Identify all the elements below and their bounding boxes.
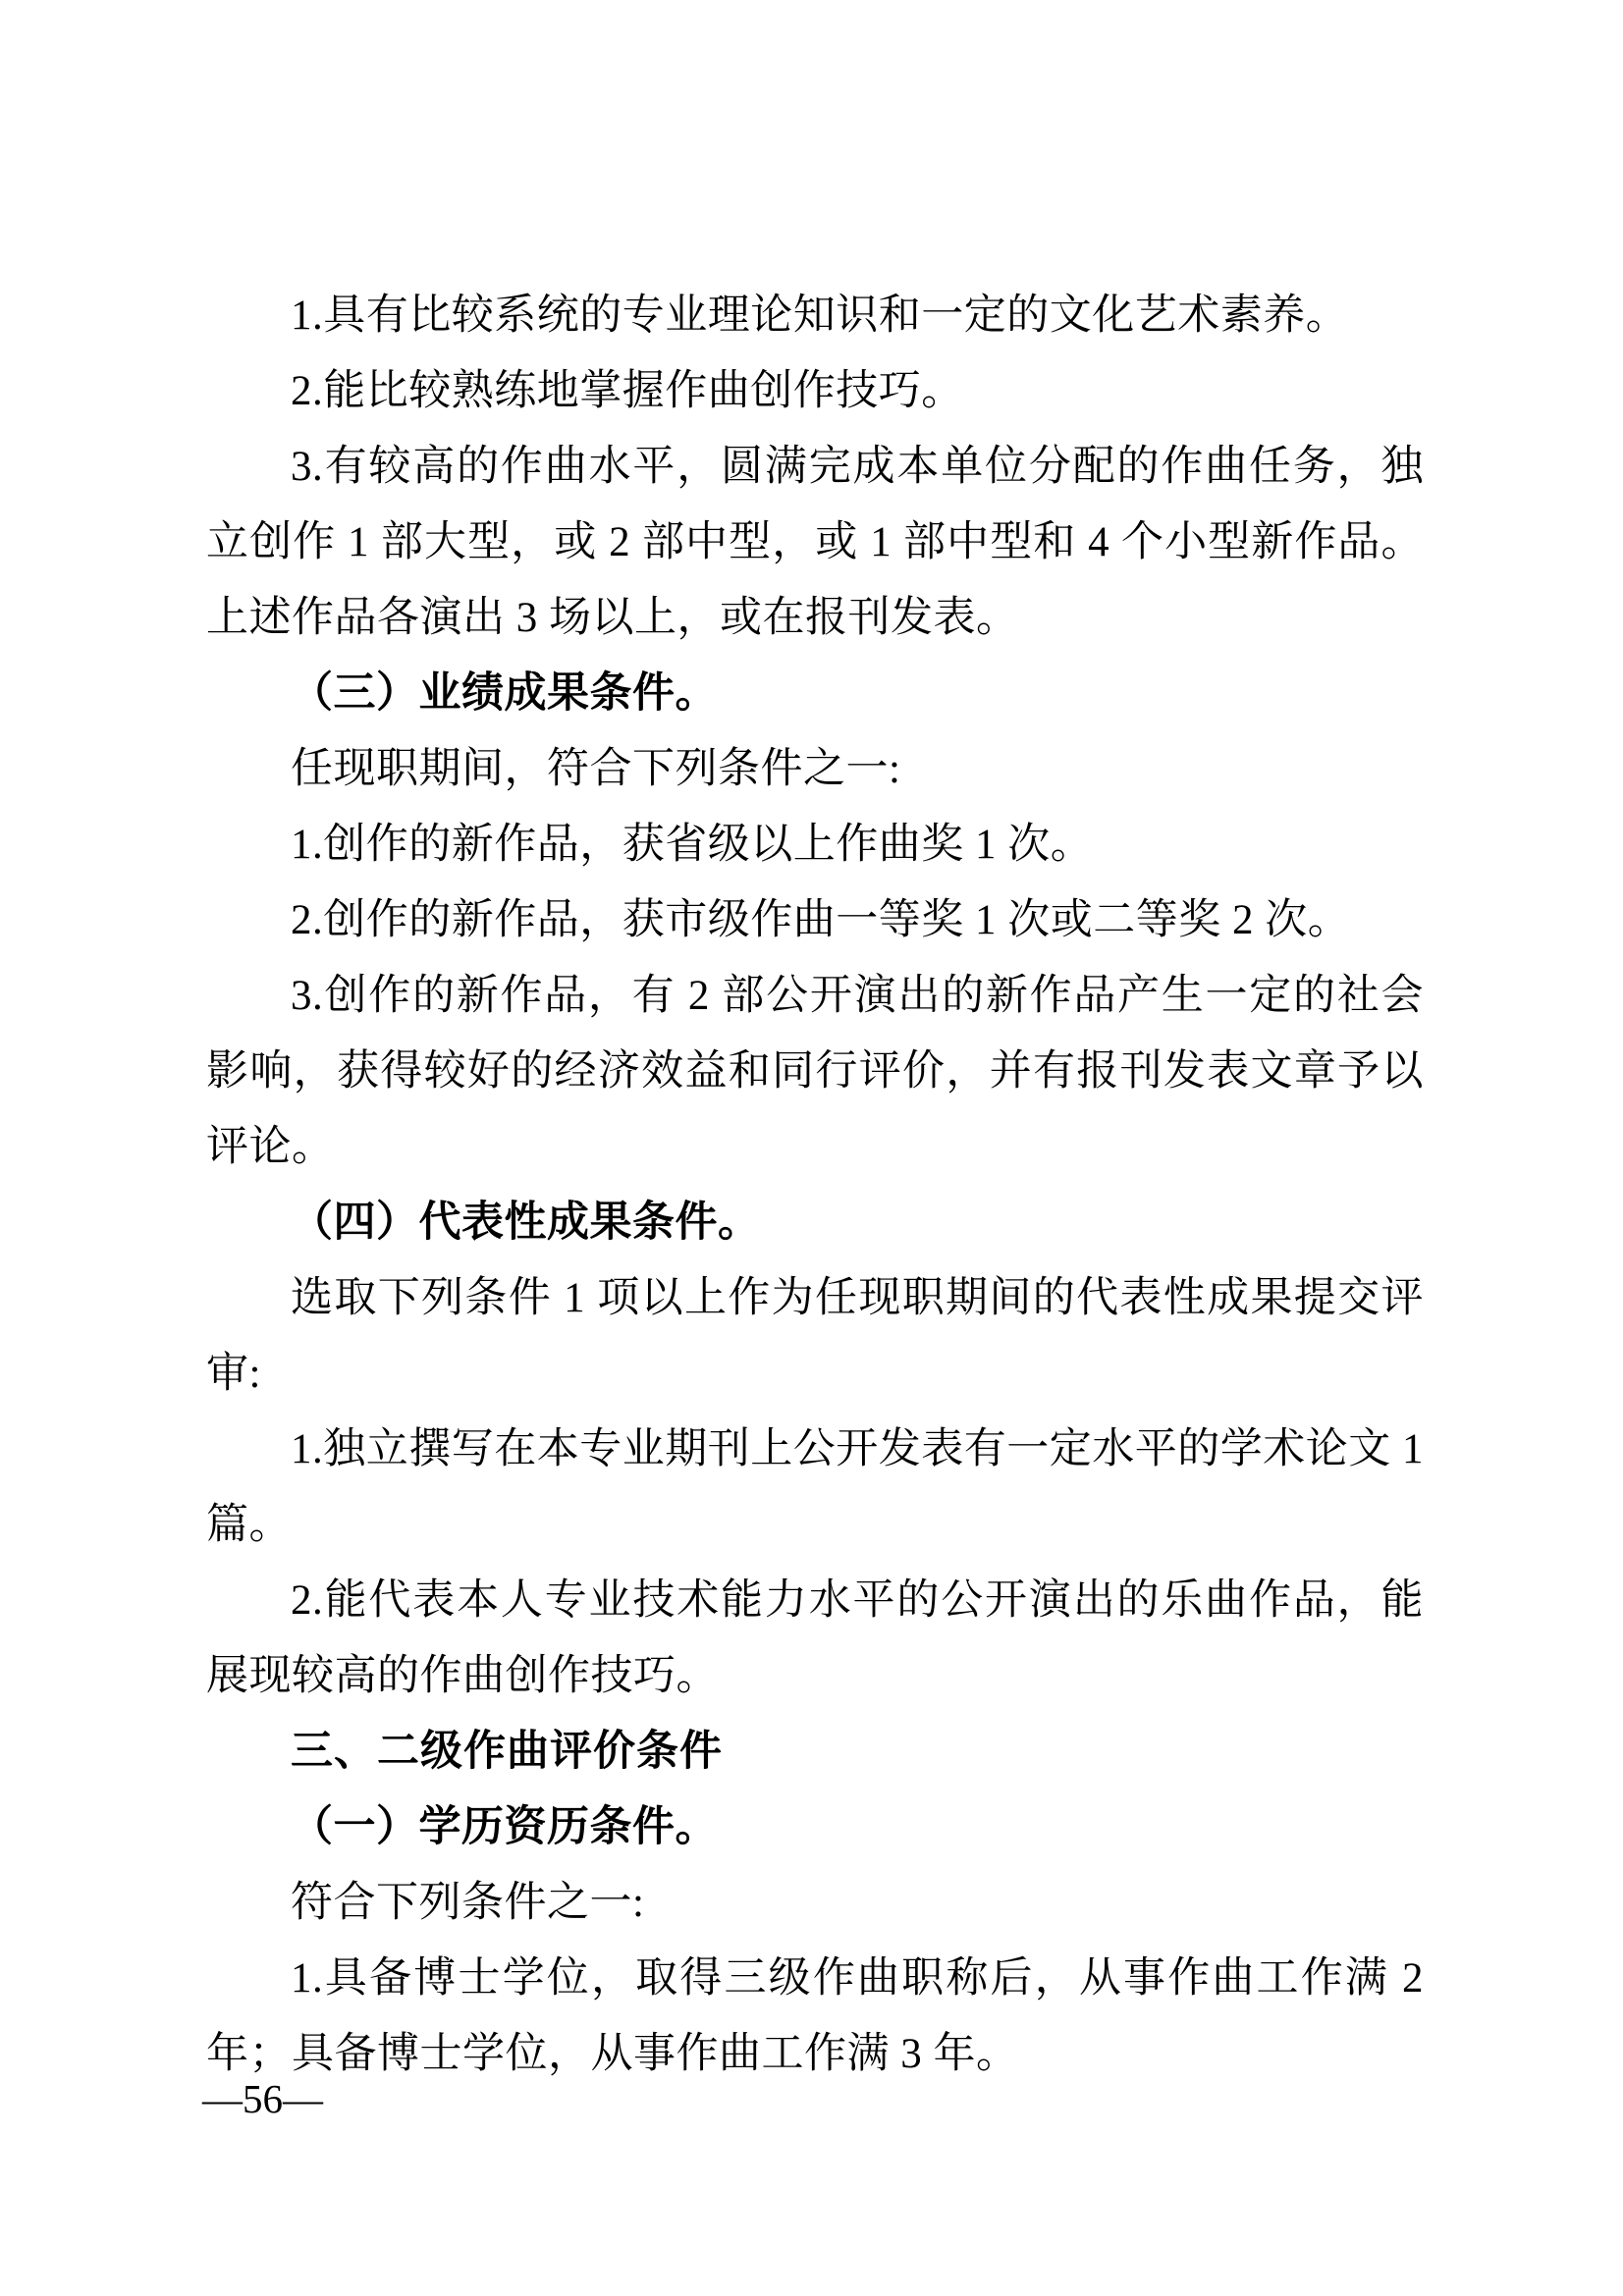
subsection-heading-education-seniority: （一）学历资历条件。 [206,1789,1424,1865]
subsection-heading-performance-results: （三）业绩成果条件。 [206,656,1424,731]
education-item-1: 1.具备博士学位，取得三级作曲职称后，从事作曲工作满 2 年；具备博士学位，从事… [206,1941,1424,2092]
intro-line-current-post: 任现职期间，符合下列条件之一: [206,731,1424,807]
subsection-heading-representative-results: （四）代表性成果条件。 [206,1185,1424,1260]
representative-item-2: 2.能代表本人专业技术能力水平的公开演出的乐曲作品，能展现较高的作曲创作技巧。 [206,1563,1424,1714]
section-heading-level2-composer: 三、二级作曲评价条件 [206,1714,1424,1789]
result-item-2: 2.创作的新作品，获市级作曲一等奖 1 次或二等奖 2 次。 [206,882,1424,958]
result-item-3: 3.创作的新作品，有 2 部公开演出的新作品产生一定的社会影响，获得较好的经济效… [206,958,1424,1185]
document-body: 1.具有比较系统的专业理论知识和一定的文化艺术素养。 2.能比较熟练地掌握作曲创… [206,278,1424,2092]
numbered-item-1: 1.具有比较系统的专业理论知识和一定的文化艺术素养。 [206,278,1424,353]
representative-item-1: 1.独立撰写在本专业期刊上公开发表有一定水平的学术论文 1 篇。 [206,1412,1424,1563]
numbered-item-2: 2.能比较熟练地掌握作曲创作技巧。 [206,353,1424,429]
numbered-item-3: 3.有较高的作曲水平，圆满完成本单位分配的作曲任务，独立创作 1 部大型，或 2… [206,429,1424,656]
intro-line-representative: 选取下列条件 1 项以上作为任现职期间的代表性成果提交评审: [206,1260,1424,1412]
intro-line-education: 符合下列条件之一: [206,1865,1424,1941]
result-item-1: 1.创作的新作品，获省级以上作曲奖 1 次。 [206,807,1424,882]
document-page: 1.具有比较系统的专业理论知识和一定的文化艺术素养。 2.能比较熟练地掌握作曲创… [0,0,1623,2296]
page-number: —56— [202,2061,323,2137]
